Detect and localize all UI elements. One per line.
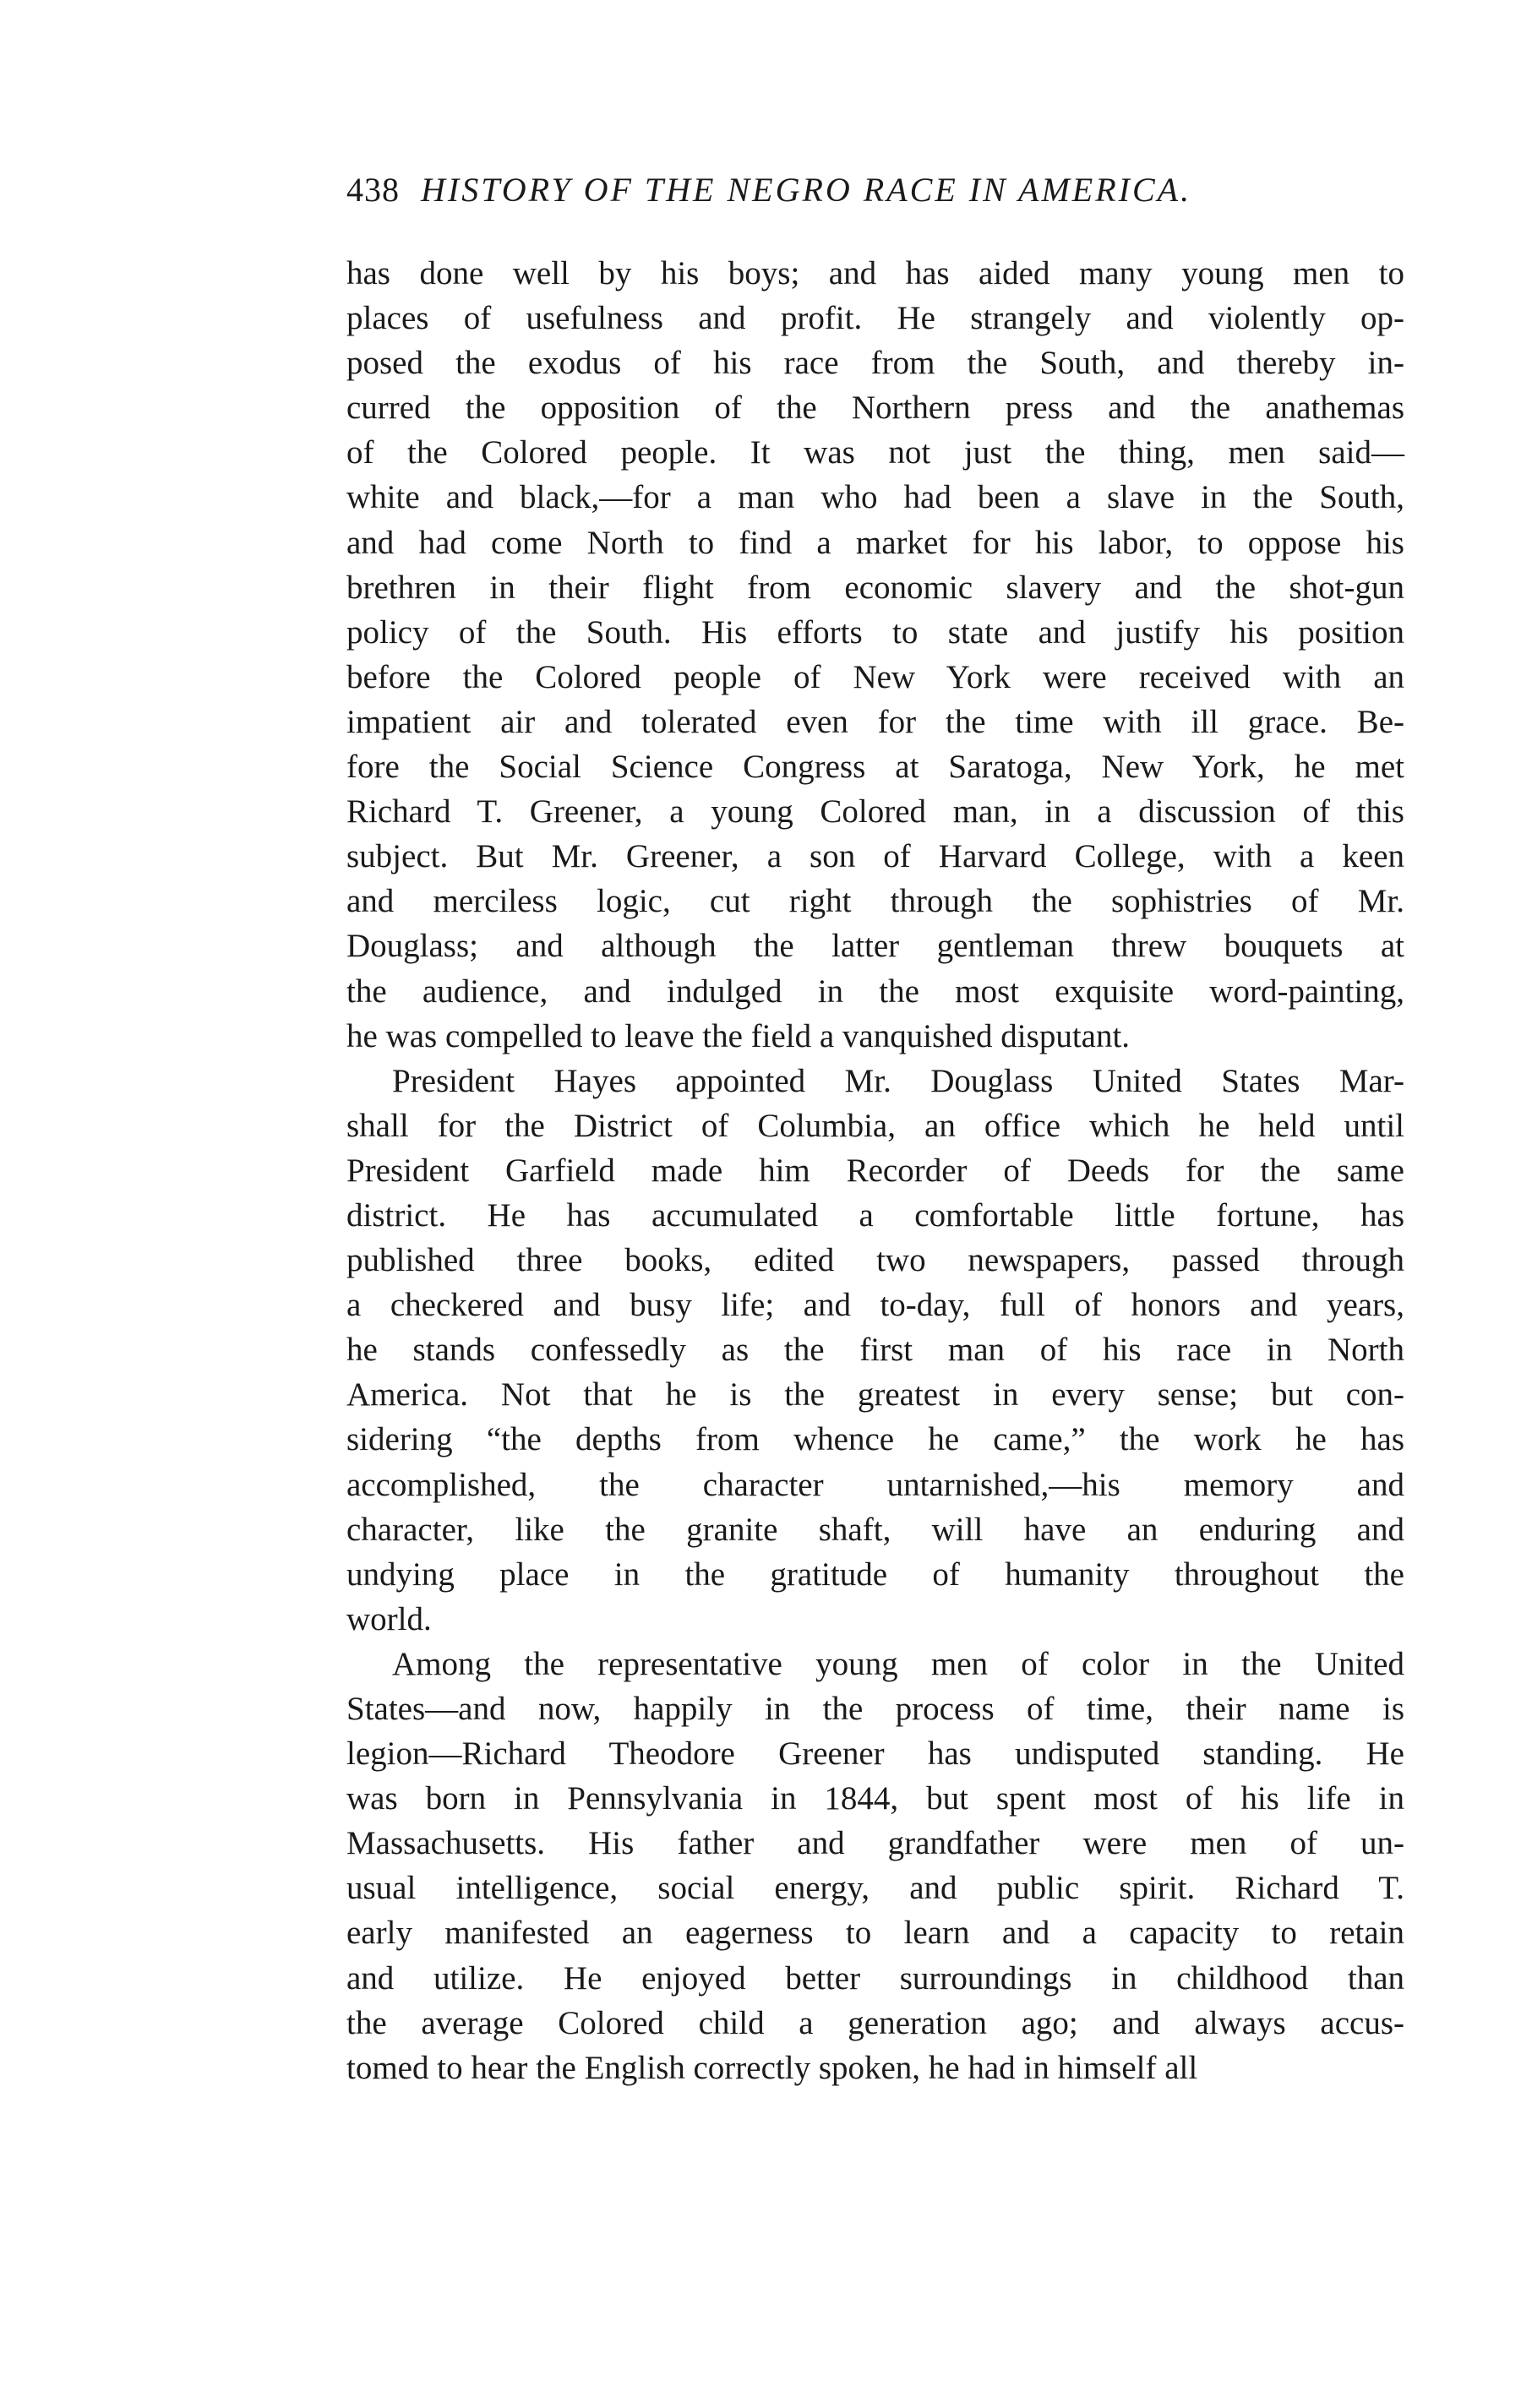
text-line: published three books, edited two newspa… — [346, 1238, 1404, 1283]
text-line: world. — [346, 1597, 1404, 1642]
text-line: Among the representative young men of co… — [346, 1642, 1404, 1686]
text-line: a checkered and busy life; and to-day, f… — [346, 1283, 1404, 1327]
text-line: early manifested an eagerness to learn a… — [346, 1910, 1404, 1955]
text-line: America. Not that he is the greatest in … — [346, 1372, 1404, 1417]
text-line: Richard T. Greener, a young Colored man,… — [346, 789, 1404, 834]
text-line: sidering “the depths from whence he came… — [346, 1417, 1404, 1462]
text-line: curred the opposition of the Northern pr… — [346, 385, 1404, 430]
text-line: States—and now, happily in the process o… — [346, 1686, 1404, 1731]
text-line: of the Colored people. It was not just t… — [346, 430, 1404, 475]
running-title: HISTORY OF THE NEGRO RACE IN AMERICA. — [421, 171, 1191, 209]
running-header: 438 HISTORY OF THE NEGRO RACE IN AMERICA… — [346, 165, 1404, 215]
text-line: Douglass; and although the latter gentle… — [346, 923, 1404, 968]
text-line: he was compelled to leave the field a va… — [346, 1014, 1404, 1059]
text-line: has done well by his boys; and has aided… — [346, 251, 1404, 296]
paragraph: President Hayes appointed Mr. Douglass U… — [346, 1059, 1404, 1642]
paragraph: Among the representative young men of co… — [346, 1642, 1404, 2090]
text-line: tomed to hear the English correctly spok… — [346, 2046, 1404, 2090]
text-line: the audience, and indulged in the most e… — [346, 969, 1404, 1014]
text-line: places of usefulness and profit. He stra… — [346, 296, 1404, 340]
text-line: subject. But Mr. Greener, a son of Harva… — [346, 834, 1404, 879]
text-line: accomplished, the character untarnished,… — [346, 1463, 1404, 1507]
text-line: was born in Pennsylvania in 1844, but sp… — [346, 1776, 1404, 1821]
text-line: fore the Social Science Congress at Sara… — [346, 744, 1404, 789]
text-line: Massachusetts. His father and grandfathe… — [346, 1821, 1404, 1866]
text-line: the average Colored child a generation a… — [346, 2001, 1404, 2046]
book-page: 438 HISTORY OF THE NEGRO RACE IN AMERICA… — [346, 165, 1404, 2090]
paragraph: has done well by his boys; and has aided… — [346, 251, 1404, 1059]
page-number: 438 — [346, 171, 400, 209]
text-line: President Garfield made him Recorder of … — [346, 1148, 1404, 1193]
text-line: undying place in the gratitude of humani… — [346, 1552, 1404, 1597]
text-line: white and black,—for a man who had been … — [346, 475, 1404, 520]
text-line: shall for the District of Columbia, an o… — [346, 1103, 1404, 1148]
text-line: usual intelligence, social energy, and p… — [346, 1866, 1404, 1910]
text-line: impatient air and tolerated even for the… — [346, 700, 1404, 744]
text-line: and had come North to find a market for … — [346, 520, 1404, 565]
text-line: district. He has accumulated a comfortab… — [346, 1193, 1404, 1238]
page-body: has done well by his boys; and has aided… — [346, 251, 1404, 2090]
text-line: posed the exodus of his race from the So… — [346, 340, 1404, 385]
text-line: brethren in their flight from economic s… — [346, 565, 1404, 610]
text-line: before the Colored people of New York we… — [346, 655, 1404, 700]
text-line: character, like the granite shaft, will … — [346, 1507, 1404, 1552]
text-line: and utilize. He enjoyed better surroundi… — [346, 1956, 1404, 2001]
text-line: and merciless logic, cut right through t… — [346, 879, 1404, 923]
text-line: policy of the South. His efforts to stat… — [346, 610, 1404, 655]
text-line: legion—Richard Theodore Greener has undi… — [346, 1731, 1404, 1776]
text-line: President Hayes appointed Mr. Douglass U… — [346, 1059, 1404, 1103]
text-line: he stands confessedly as the first man o… — [346, 1327, 1404, 1372]
